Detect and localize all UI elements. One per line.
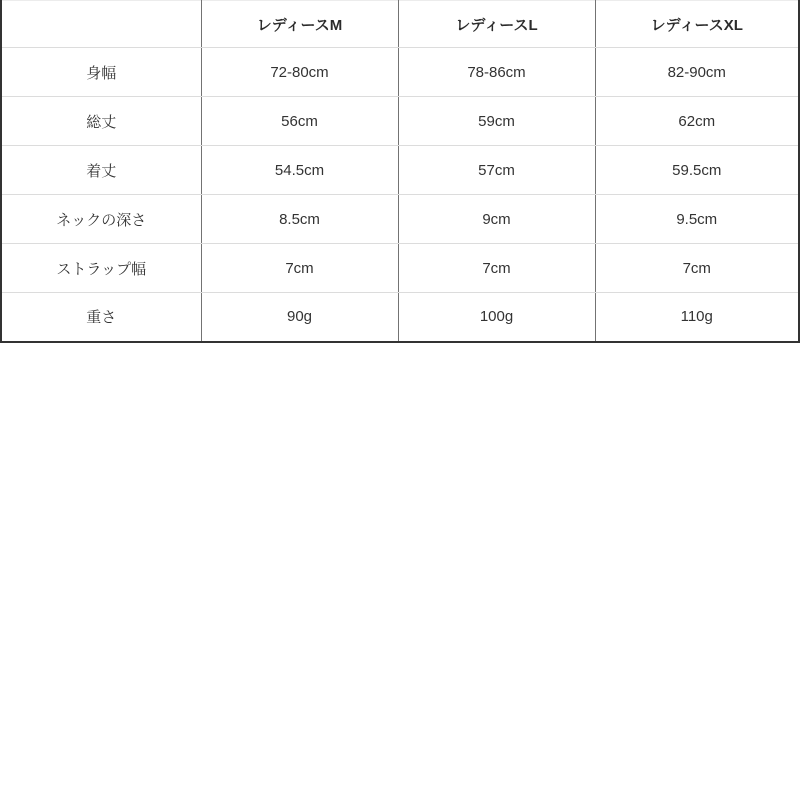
cell-value: 7cm	[595, 244, 799, 293]
cell-value: 78-86cm	[398, 48, 595, 97]
cell-value: 90g	[201, 293, 398, 342]
cell-value: 59cm	[398, 97, 595, 146]
table-row-strap-width: ストラップ幅 7cm 7cm 7cm	[1, 244, 799, 293]
cell-value: 62cm	[595, 97, 799, 146]
cell-value: 56cm	[201, 97, 398, 146]
corner-cell	[1, 1, 201, 48]
cell-value: 72-80cm	[201, 48, 398, 97]
cell-value: 54.5cm	[201, 146, 398, 195]
table-row-garment-length: 着丈 54.5cm 57cm 59.5cm	[1, 146, 799, 195]
cell-value: 7cm	[201, 244, 398, 293]
cell-value: 8.5cm	[201, 195, 398, 244]
table-row-total-length: 総丈 56cm 59cm 62cm	[1, 97, 799, 146]
table-row-neck-depth: ネックの深さ 8.5cm 9cm 9.5cm	[1, 195, 799, 244]
cell-value: 7cm	[398, 244, 595, 293]
table-row-weight: 重さ 90g 100g 110g	[1, 293, 799, 342]
row-label: 身幅	[1, 48, 201, 97]
cell-value: 59.5cm	[595, 146, 799, 195]
size-chart-table: レディースM レディースL レディースXL 身幅 72-80cm 78-86cm…	[0, 0, 800, 343]
row-label: 総丈	[1, 97, 201, 146]
column-header-ladies-l: レディースL	[398, 1, 595, 48]
cell-value: 82-90cm	[595, 48, 799, 97]
cell-value: 9.5cm	[595, 195, 799, 244]
cell-value: 110g	[595, 293, 799, 342]
cell-value: 57cm	[398, 146, 595, 195]
column-header-ladies-m: レディースM	[201, 1, 398, 48]
row-label: ストラップ幅	[1, 244, 201, 293]
header-row: レディースM レディースL レディースXL	[1, 1, 799, 48]
table-row-body-width: 身幅 72-80cm 78-86cm 82-90cm	[1, 48, 799, 97]
row-label: ネックの深さ	[1, 195, 201, 244]
cell-value: 9cm	[398, 195, 595, 244]
row-label: 重さ	[1, 293, 201, 342]
cell-value: 100g	[398, 293, 595, 342]
row-label: 着丈	[1, 146, 201, 195]
column-header-ladies-xl: レディースXL	[595, 1, 799, 48]
